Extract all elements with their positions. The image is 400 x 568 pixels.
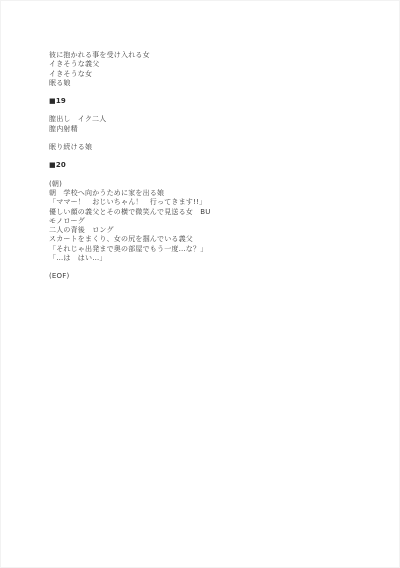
- script-line: イきそうな女: [49, 70, 359, 79]
- script-line: 彼に抱かれる事を受け入れる女: [49, 51, 359, 60]
- end-of-file-marker: (EOF): [49, 272, 359, 281]
- script-block-scene19-action: 膣出し イク二人 膣内射精: [49, 115, 359, 134]
- scene-number: ■20: [49, 161, 359, 170]
- script-line: 膣内射精: [49, 125, 359, 134]
- scene-marker-19: ■19: [49, 97, 359, 106]
- script-block-scene20-action: (朝) 朝 学校へ向かうために家を出る娘 「ママー！ おじいちゃん！ 行ってきま…: [49, 180, 359, 264]
- script-block-scene19-tail: 眠り続ける娘: [49, 143, 359, 152]
- script-block-intro: 彼に抱かれる事を受け入れる女 イきそうな義父 イきそうな女 眠る娘: [49, 51, 359, 88]
- script-line: 膣出し イク二人: [49, 115, 359, 124]
- eof-label: (EOF): [49, 272, 359, 281]
- dialogue-line: 「それじゃ出発まで奥の部屋でもう一度…な？」: [49, 245, 359, 254]
- script-line: イきそうな義父: [49, 60, 359, 69]
- dialogue-line: 「ママー！ おじいちゃん！ 行ってきます!!」: [49, 198, 359, 207]
- script-line: 優しい顔の義父とその横で微笑んで見送る女 BU: [49, 208, 359, 217]
- script-line: 眠る娘: [49, 79, 359, 88]
- script-line: 眠り続ける娘: [49, 143, 359, 152]
- script-line: (朝): [49, 180, 359, 189]
- script-line: スカートをまくり、女の尻を掴んでいる義父: [49, 235, 359, 244]
- scene-number: ■19: [49, 97, 359, 106]
- script-page: 彼に抱かれる事を受け入れる女 イきそうな義父 イきそうな女 眠る娘 ■19 膣出…: [0, 0, 400, 568]
- script-line: 朝 学校へ向かうために家を出る娘: [49, 189, 359, 198]
- scene-marker-20: ■20: [49, 161, 359, 170]
- script-line: モノローグ: [49, 217, 359, 226]
- dialogue-line: 「…は はい…」: [49, 254, 359, 263]
